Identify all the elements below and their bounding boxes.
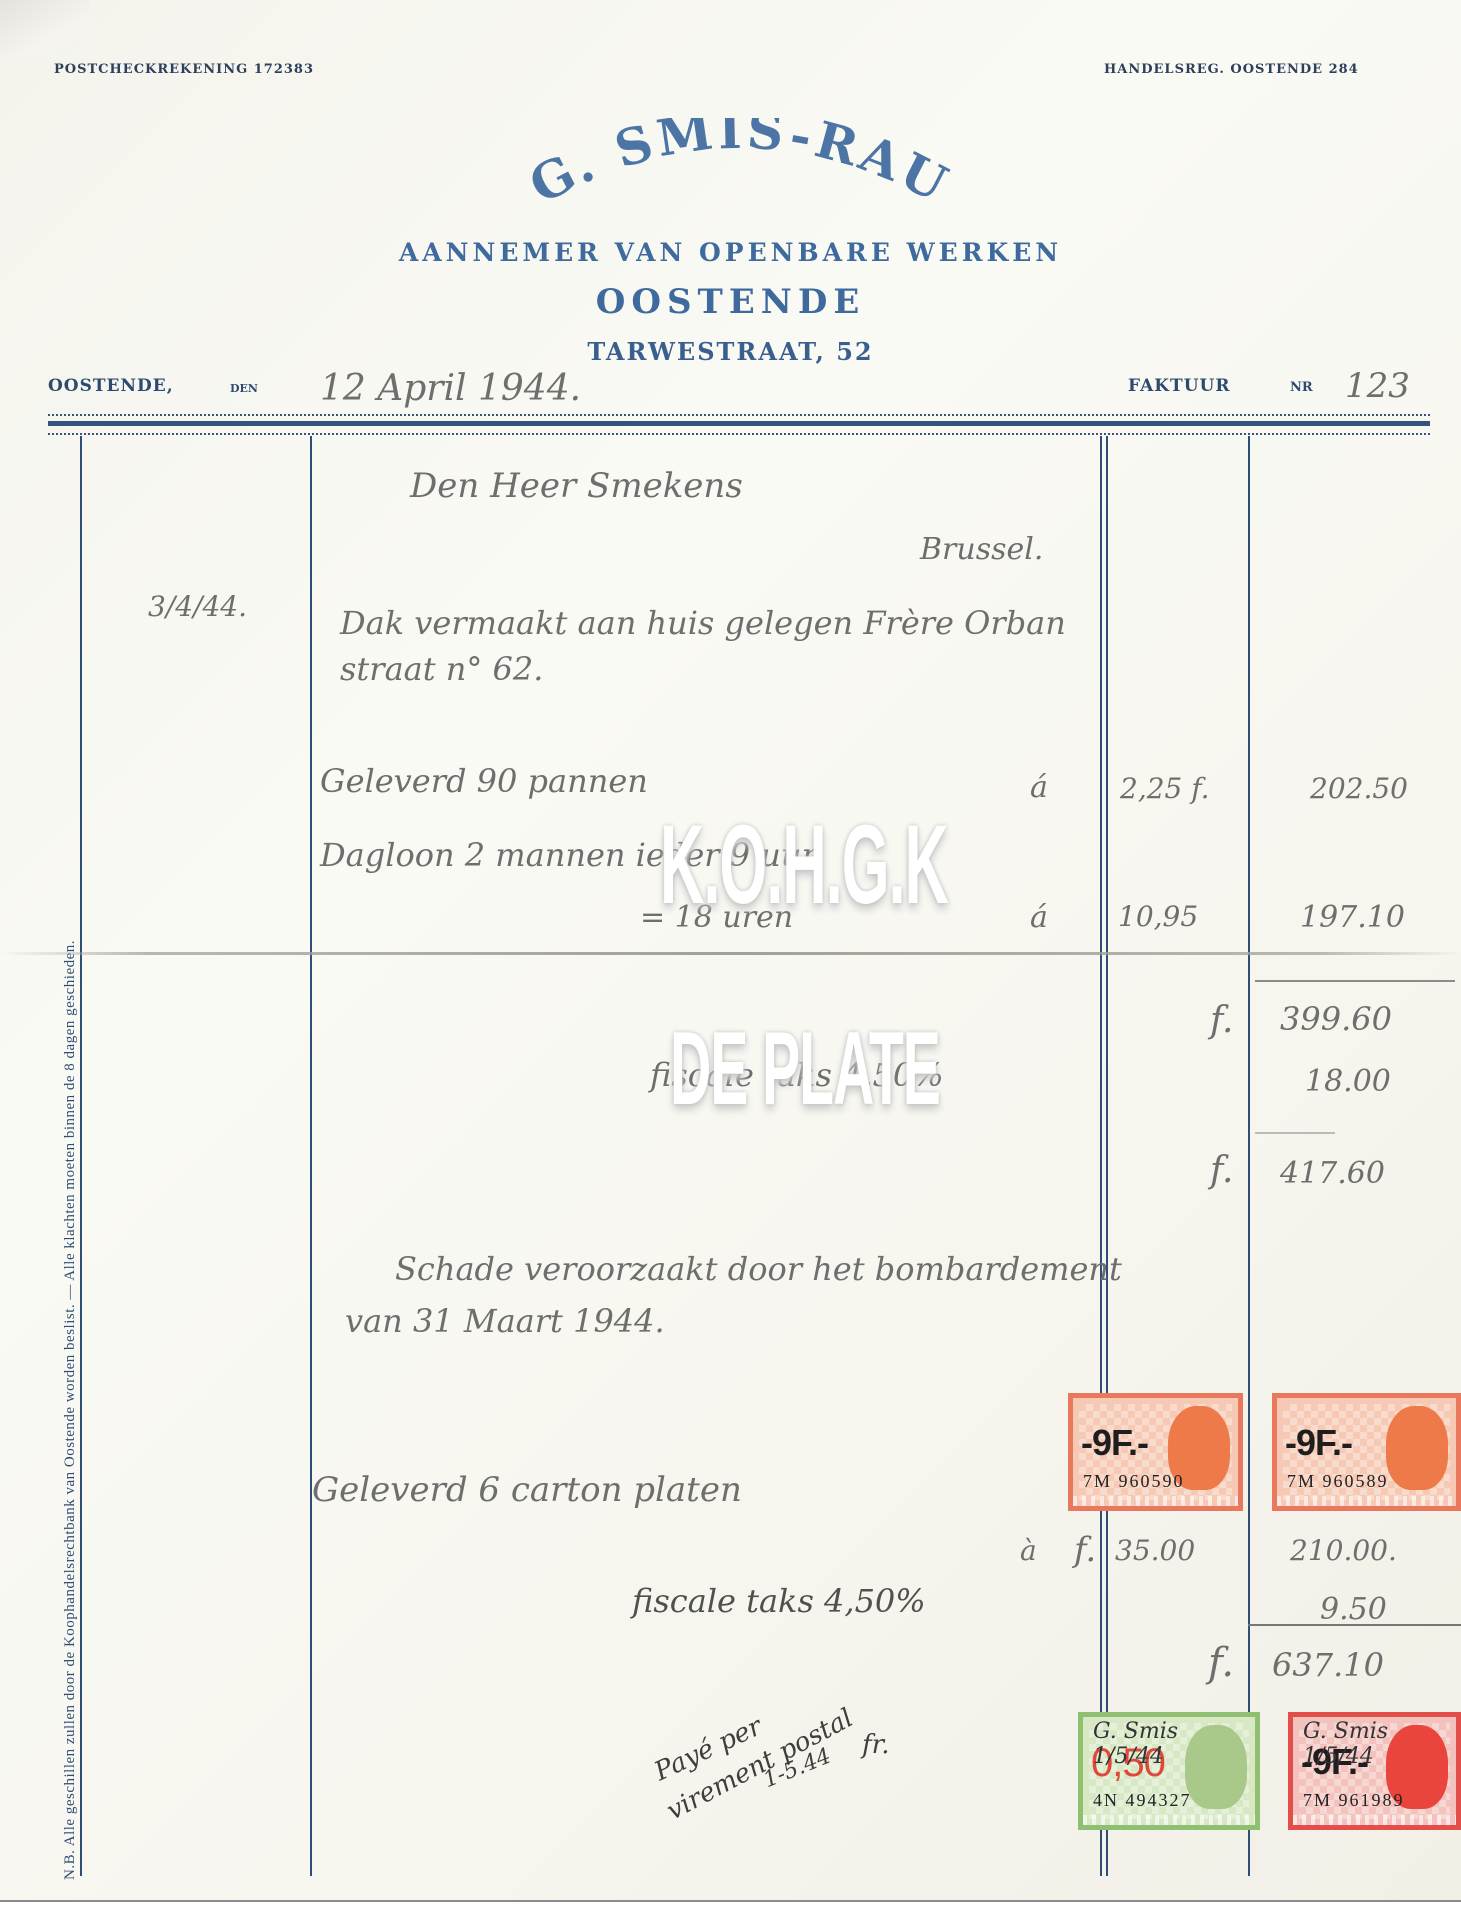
stamp-serial: 4N 494327 [1093, 1790, 1192, 1811]
company-name: G. SMIS-RAU [480, 118, 1000, 228]
revenue-stamp-4: -9F.- 7M 961989 G. Smis 1/5/44 [1288, 1712, 1461, 1830]
carton-unit-price: 35.00 [1115, 1534, 1195, 1567]
watermark-line-2: DE PLATE [670, 1010, 940, 1129]
entry-date: 3/4/44. [148, 590, 247, 623]
grand-total-rule [1248, 1624, 1461, 1626]
stamp-serial: 7M 961989 [1303, 1790, 1405, 1811]
tax-2-label: fiscale taks 4,50% [632, 1582, 926, 1620]
stamp-value: -9F.- [1081, 1422, 1148, 1464]
total-1-amount: 417.60 [1280, 1156, 1385, 1191]
pannen-at: á [1030, 770, 1048, 805]
revenue-stamp-3: 0,50 4N 494327 G. Smis 1/5/44 [1078, 1712, 1260, 1830]
invoice-nr-label: NR [1290, 380, 1313, 395]
date-column-line [310, 436, 312, 1876]
date-dotted-line [48, 414, 1430, 416]
city-line: OOSTENDE [0, 282, 1461, 322]
address-line: TARWESTRAAT, 52 [0, 337, 1461, 366]
paper-bottom-edge [0, 1900, 1461, 1920]
unit-price-column-line-b [1106, 436, 1108, 1876]
header-dotted-rule [48, 433, 1430, 435]
dagloon-at: á [1030, 900, 1048, 935]
stamp-cancellation: G. Smis 1/5/44 [1303, 1719, 1456, 1769]
stamp-border-band [1277, 1496, 1456, 1506]
payment-note-initial: fr. [862, 1730, 889, 1760]
stamp-serial: 7M 960590 [1083, 1471, 1185, 1492]
subtotal-prefix: f. [1210, 1000, 1233, 1041]
subtotal-amount: 399.60 [1280, 1000, 1392, 1038]
place-label: OOSTENDE, [48, 376, 174, 396]
pannen-description: Geleverd 90 pannen [320, 762, 648, 800]
invoice-label: FAKTUUR [1128, 376, 1230, 396]
header-rule [48, 421, 1430, 426]
subtotal-rule [1255, 980, 1455, 982]
tax-2-amount: 9.50 [1320, 1592, 1387, 1627]
damage-note-line-2: van 31 Maart 1944. [345, 1302, 665, 1340]
stamp-value: -9F.- [1285, 1422, 1352, 1464]
trade-register: HANDELSREG. OOSTENDE 284 [1104, 62, 1359, 77]
stamp-border-band [1073, 1496, 1238, 1506]
description-line-2: straat n° 62. [340, 650, 543, 688]
stamp-border-band [1083, 1815, 1255, 1825]
horizontal-fold-crease [0, 952, 1461, 955]
legal-side-note: N.B. Alle geschillen zullen door de Koop… [62, 440, 79, 1880]
amount-column-line [1248, 436, 1250, 1876]
total-1-prefix: f. [1210, 1150, 1233, 1191]
postcheck-number: POSTCHECKREKENING 172383 [54, 62, 314, 77]
stamp-serial: 7M 960589 [1287, 1471, 1389, 1492]
stamp-border-band [1293, 1815, 1456, 1825]
den-label: DEN [230, 382, 258, 395]
dagloon-amount: 197.10 [1300, 900, 1405, 935]
folded-corner [0, 0, 90, 60]
tax-1-amount: 18.00 [1305, 1064, 1391, 1099]
watermark-line-1: K.O.H.G.K [660, 800, 948, 929]
grand-total-prefix: f. [1208, 1640, 1234, 1686]
carton-unit-prefix: f. [1074, 1530, 1096, 1570]
damage-note-line-1: Schade veroorzaakt door het bombardement [395, 1250, 1122, 1288]
addressee-name: Den Heer Smekens [410, 466, 743, 506]
grand-total-amount: 637.10 [1272, 1646, 1384, 1684]
dagloon-unit-price: 10,95 [1118, 900, 1198, 933]
carton-at: à [1020, 1534, 1037, 1567]
carton-description: Geleverd 6 carton platen [312, 1470, 742, 1510]
pannen-amount: 202.50 [1310, 772, 1408, 805]
unit-price-column-line-a [1100, 436, 1102, 1876]
pannen-unit-price: 2,25 f. [1120, 772, 1210, 805]
invoice-date: 12 April 1944. [320, 368, 581, 409]
stamp-cancellation: G. Smis 1/5/44 [1093, 1719, 1255, 1769]
invoice-number: 123 [1345, 366, 1410, 406]
company-name-text: G. SMIS-RAU [520, 118, 960, 215]
profession-line: AANNEMER VAN OPENBARE WERKEN [0, 238, 1461, 267]
margin-column-line [80, 436, 82, 1876]
addressee-city: Brussel. [920, 532, 1043, 567]
stamp-portrait-icon [1386, 1406, 1448, 1490]
revenue-stamp-2: -9F.- 7M 960589 [1272, 1393, 1461, 1511]
total-rule [1255, 1132, 1335, 1134]
svg-text:G. SMIS-RAU: G. SMIS-RAU [520, 118, 960, 215]
carton-amount: 210.00. [1290, 1534, 1397, 1567]
description-line-1: Dak vermaakt aan huis gelegen Frère Orba… [340, 604, 1066, 642]
revenue-stamp-1: -9F.- 7M 960590 [1068, 1393, 1243, 1511]
